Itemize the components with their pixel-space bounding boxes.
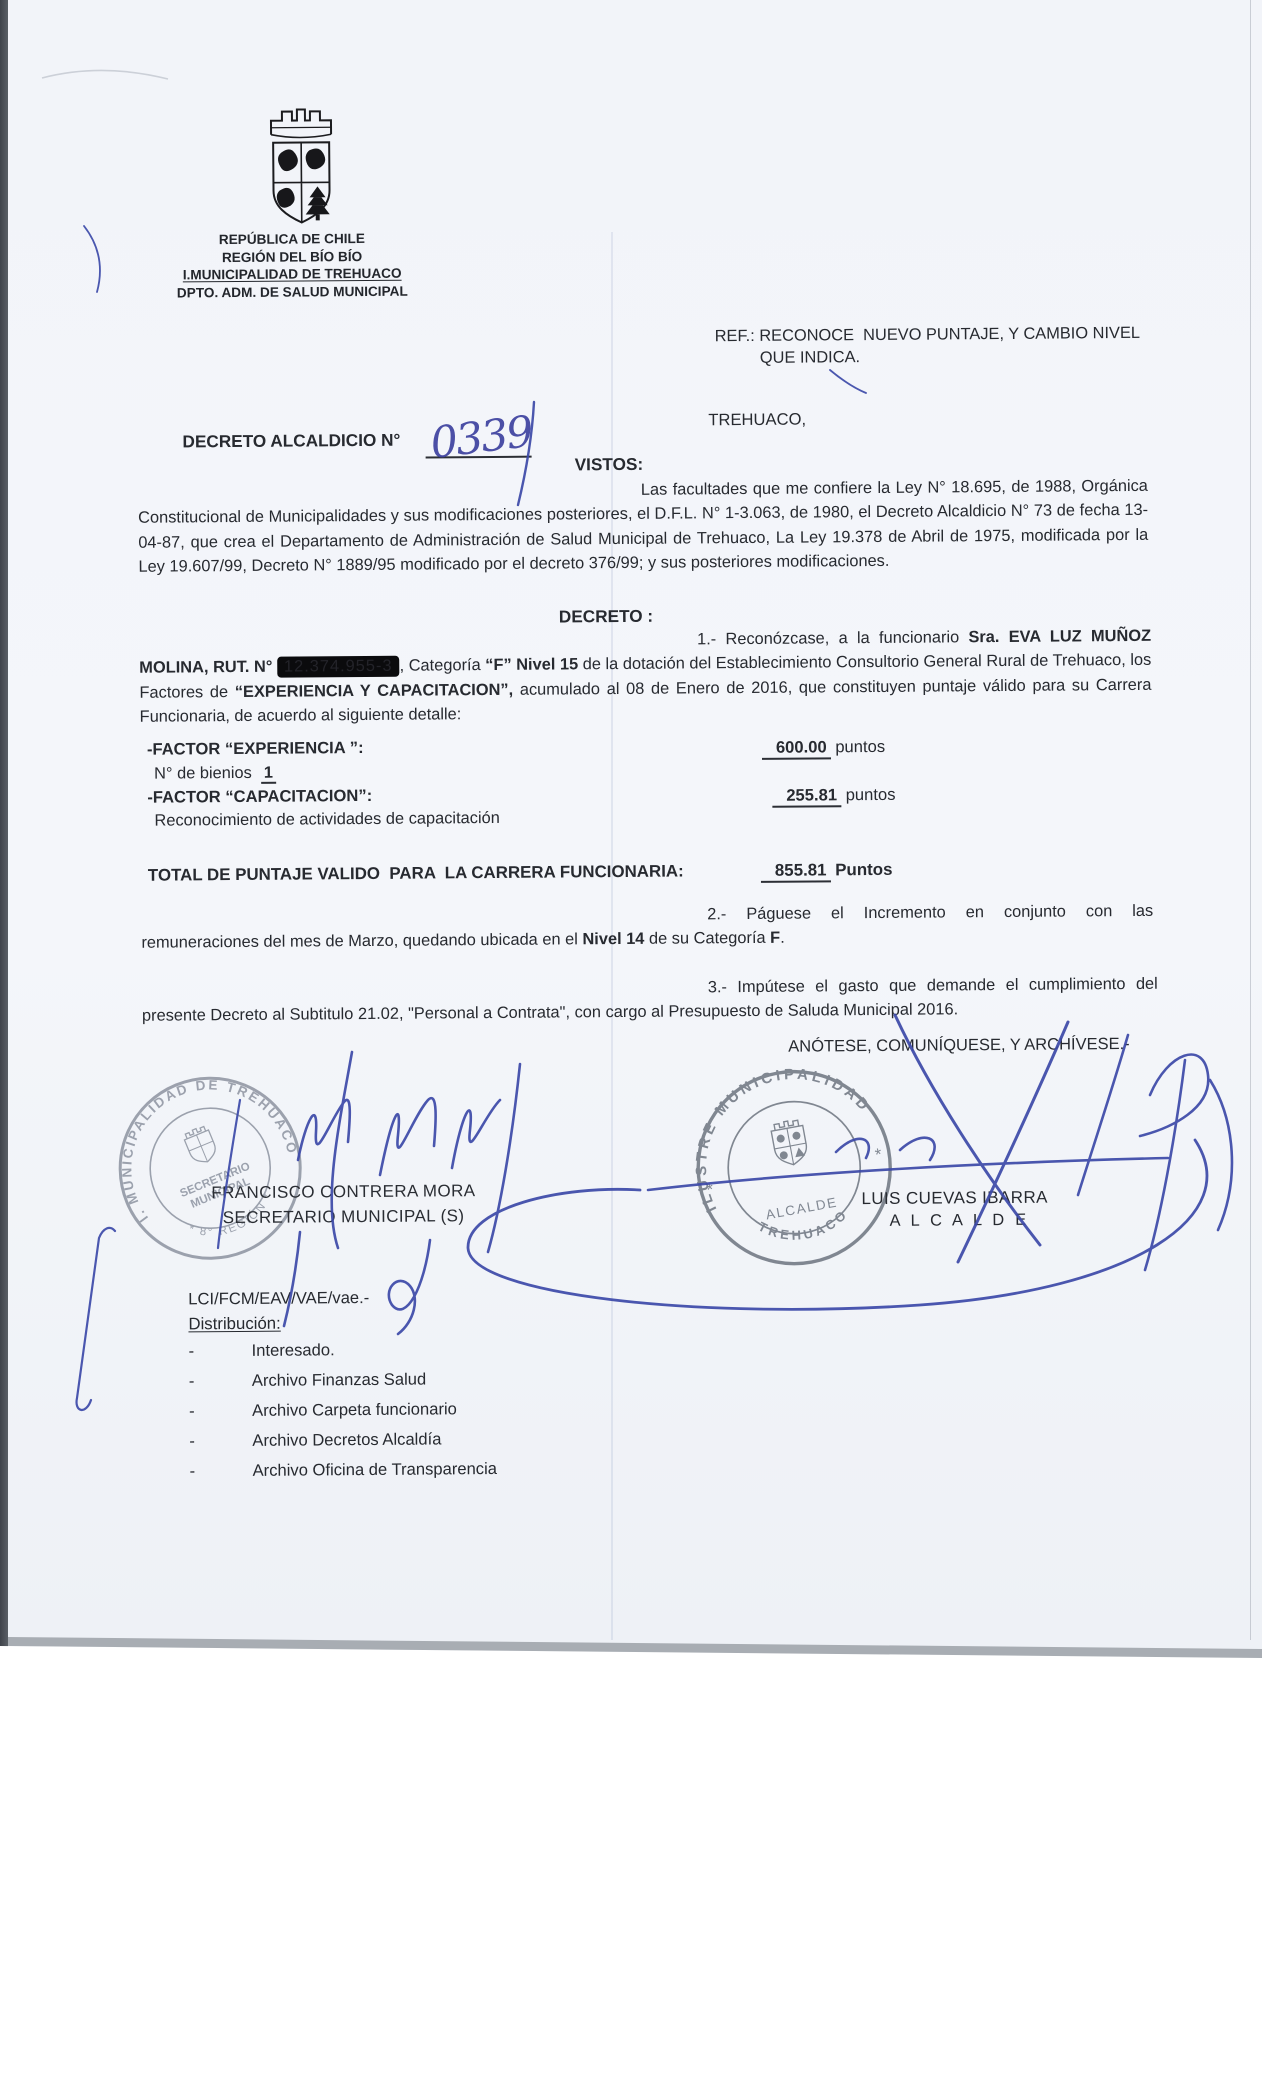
scan-bottom-edge [0, 0, 1275, 2100]
scanned-decree-page: REPÚBLICA DE CHILE REGIÓN DEL BÍO BÍO I.… [0, 0, 1275, 2100]
